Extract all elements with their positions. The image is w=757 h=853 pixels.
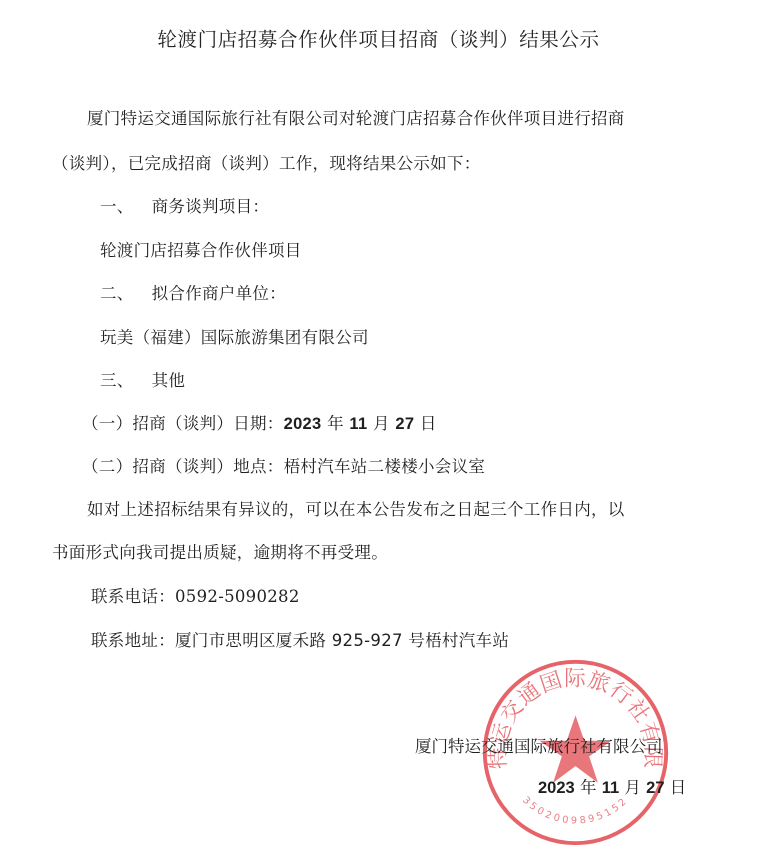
signature-company: 厦门特运交通国际旅行社有限公司 [415, 733, 663, 757]
intro-paragraph-line2: （谈判），已完成招商（谈判）工作，现将结果公示如下： [52, 150, 481, 174]
contact-address-label: 联系地址： [91, 631, 175, 650]
date-label: （一）招商（谈判）日期： [82, 414, 284, 433]
section-heading-text: 其他 [152, 371, 186, 390]
year-unit: 年 [327, 414, 344, 433]
negotiation-location: （二）招商（谈判）地点：梧村汽车站二楼楼小会议室 [82, 453, 485, 477]
objection-line1: 如对上述招标结果有异议的，可以在本公告发布之日起三个工作日内，以 [87, 496, 625, 520]
section-heading-text: 商务谈判项目： [152, 197, 270, 216]
month-unit: 月 [373, 414, 390, 433]
day-unit: 日 [420, 414, 437, 433]
section-heading-1: 一、商务谈判项目： [100, 193, 269, 217]
signature-day-unit: 日 [670, 778, 687, 797]
signature-date: 2023 年 11 月 27 日 [538, 774, 686, 798]
section-content-1: 轮渡门店招募合作伙伴项目 [100, 237, 302, 261]
date-month: 11 [349, 415, 367, 433]
section-heading-2: 二、拟合作商户单位： [100, 280, 286, 304]
section-number: 一、 [100, 197, 134, 216]
signature-month-unit: 月 [624, 778, 641, 797]
contact-phone: 联系电话：0592-5090282 [91, 583, 300, 607]
contact-phone-label: 联系电话： [91, 587, 175, 606]
signature-day: 27 [646, 779, 664, 797]
contact-address: 联系地址：厦门市思明区厦禾路 925-927 号梧村汽车站 [91, 627, 509, 651]
signature-year: 2023 [538, 779, 575, 797]
section-number: 三、 [100, 371, 134, 390]
contact-address-value: 厦门市思明区厦禾路 925-927 号梧村汽车站 [175, 631, 509, 650]
section-number: 二、 [100, 284, 134, 303]
signature-month: 11 [602, 779, 619, 797]
section-heading-text: 拟合作商户单位： [152, 284, 286, 303]
svg-text:3502009895152: 3502009895152 [520, 795, 631, 827]
location-label: （二）招商（谈判）地点： [82, 457, 284, 476]
negotiation-date: （一）招商（谈判）日期：2023 年 11 月 27 日 [82, 410, 437, 434]
seal-code: 3502009895152 [520, 795, 631, 827]
objection-line2: 书面形式向我司提出质疑，逾期将不再受理。 [52, 539, 388, 563]
location-value: 梧村汽车站二楼楼小会议室 [284, 457, 486, 476]
intro-paragraph-line1: 厦门特运交通国际旅行社有限公司对轮渡门店招募合作伙伴项目进行招商 [87, 105, 625, 129]
date-day: 27 [395, 415, 414, 433]
date-year: 2023 [284, 415, 322, 433]
notice-document: 轮渡门店招募合作伙伴项目招商（谈判）结果公示 厦门特运交通国际旅行社有限公司对轮… [0, 0, 757, 853]
signature-year-unit: 年 [580, 778, 597, 797]
section-heading-3: 三、其他 [100, 367, 185, 391]
section-content-2: 玩美（福建）国际旅游集团有限公司 [100, 324, 369, 348]
page-title: 轮渡门店招募合作伙伴项目招商（谈判）结果公示 [0, 24, 757, 52]
contact-phone-value: 0592-5090282 [175, 587, 300, 606]
